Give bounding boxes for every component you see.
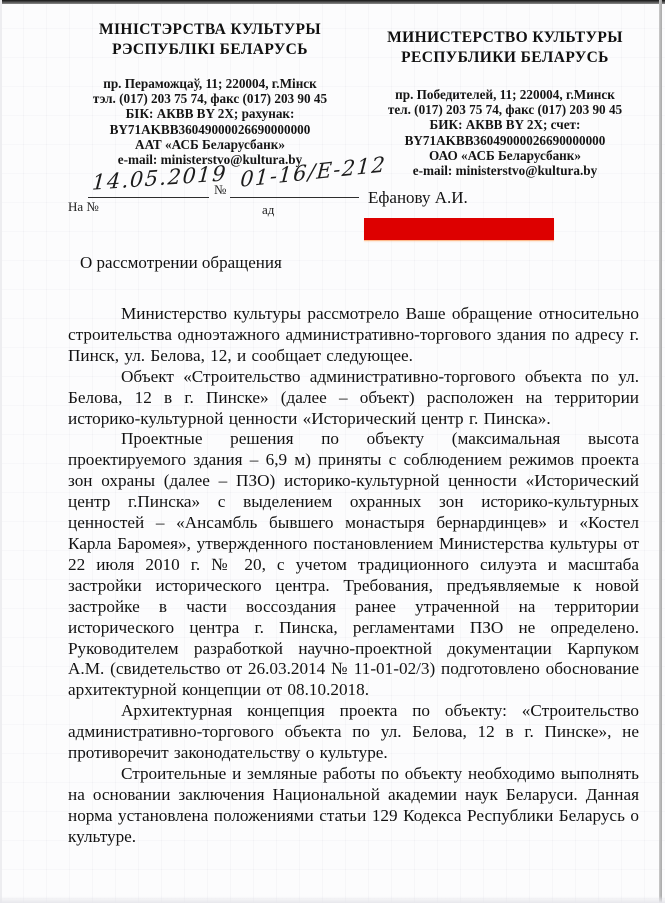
address-by-bank: ААТ «АСБ Беларусбанк»	[55, 137, 365, 152]
org-title-by-line1: МІНІСТЭРСТВА КУЛЬТУРЫ	[55, 20, 365, 40]
paragraph-object: Объект «Строительство административно-то…	[68, 367, 639, 430]
letterhead-russian: МИНИСТЕРСТВО КУЛЬТУРЫ РЕСПУБЛИКИ БЕЛАРУС…	[352, 28, 658, 178]
scanned-letter-page: МІНІСТЭРСТВА КУЛЬТУРЫ РЭСПУБЛІКІ БЕЛАРУС…	[0, 0, 665, 903]
paragraph-works: Строительные и земляные работы по объект…	[68, 764, 639, 848]
letter-body: Министерство культуры рассмотрело Ваше о…	[68, 304, 639, 848]
org-address-ru: пр. Победителей, 11; 220004, г.Минск тел…	[352, 87, 658, 178]
address-ru-bank: ОАО «АСБ Беларусбанк»	[352, 148, 658, 163]
redaction-block	[364, 218, 554, 240]
number-blank-line	[230, 197, 359, 198]
org-address-by: пр. Пераможцаў, 11; 220004, г.Мінск тэл.…	[55, 76, 365, 167]
scan-edge-bottom	[0, 896, 665, 903]
address-by-street: пр. Пераможцаў, 11; 220004, г.Мінск	[55, 76, 365, 91]
address-ru-iban: BY71AKBB36049000026690000000	[352, 133, 658, 148]
letterhead-belarusian: МІНІСТЭРСТВА КУЛЬТУРЫ РЭСПУБЛІКІ БЕЛАРУС…	[55, 20, 365, 167]
address-ru-street: пр. Победителей, 11; 220004, г.Минск	[352, 87, 658, 102]
org-title-ru: МИНИСТЕРСТВО КУЛЬТУРЫ РЕСПУБЛИКИ БЕЛАРУС…	[352, 28, 658, 67]
date-blank-line	[88, 197, 209, 198]
org-title-ru-line2: РЕСПУБЛИКИ БЕЛАРУСЬ	[352, 48, 658, 68]
from-date-label: ад	[262, 202, 274, 218]
letter-subject: О рассмотрении обращения	[80, 253, 282, 273]
address-ru-email: e-mail: ministerstvo@kultura.by	[352, 163, 658, 178]
address-by-bic: БІК: АКВВ BY 2X; рахунак:	[55, 106, 365, 121]
org-title-by: МІНІСТЭРСТВА КУЛЬТУРЫ РЭСПУБЛІКІ БЕЛАРУС…	[55, 20, 365, 59]
scan-edge-top	[0, 0, 665, 4]
address-by-phone: тэл. (017) 203 75 74, факс (017) 203 90 …	[55, 91, 365, 106]
reply-to-label: На №	[68, 199, 99, 215]
scan-edge-left	[0, 0, 2, 903]
paragraph-intro: Министерство культуры рассмотрело Ваше о…	[68, 304, 639, 367]
org-title-ru-line1: МИНИСТЕРСТВО КУЛЬТУРЫ	[352, 28, 658, 48]
address-by-iban: BY71AKBB36049000026690000000	[55, 122, 365, 137]
org-title-by-line2: РЭСПУБЛІКІ БЕЛАРУСЬ	[55, 40, 365, 60]
address-ru-phone: тел. (017) 203 75 74, факс (017) 203 90 …	[352, 102, 658, 117]
paragraph-project-decisions: Проектные решения по объекту (максимальн…	[68, 429, 639, 701]
scan-edge-right	[659, 0, 662, 903]
address-ru-bic: БИК: АКВВ BY 2X; счет:	[352, 117, 658, 132]
recipient-name: Ефанову А.И.	[368, 188, 468, 208]
paragraph-concept: Архитектурная концепция проекта по объек…	[68, 701, 639, 764]
